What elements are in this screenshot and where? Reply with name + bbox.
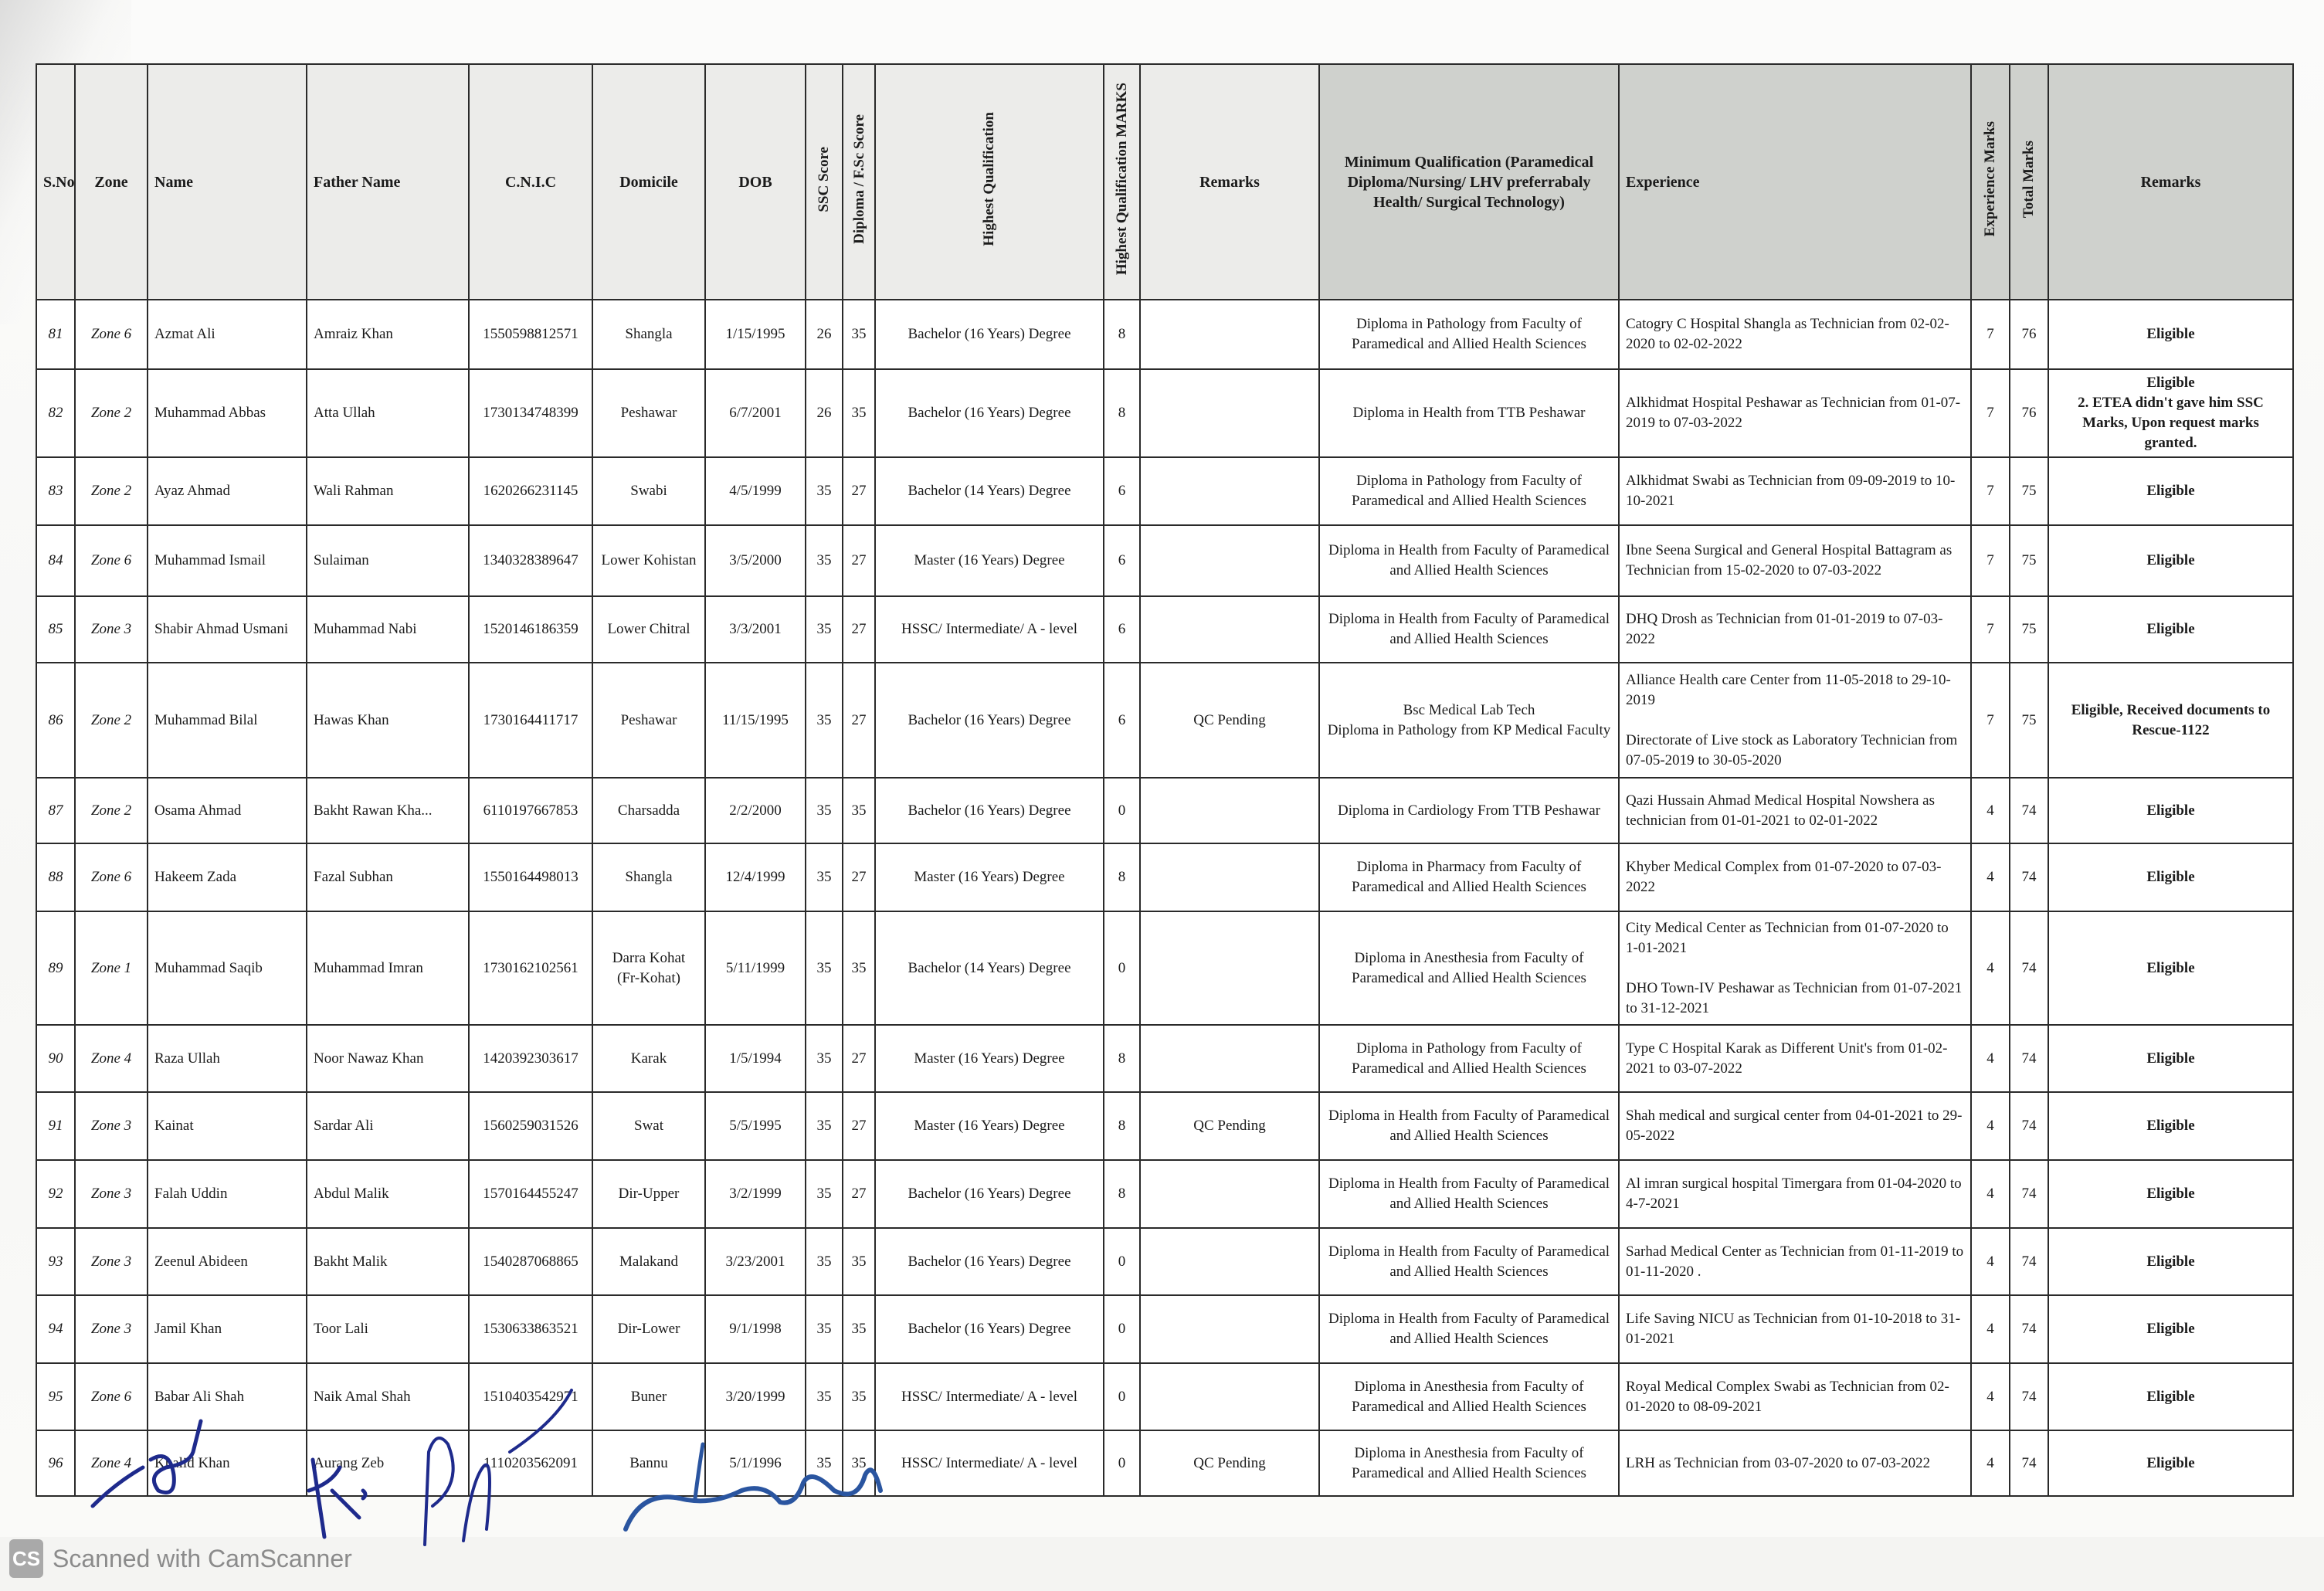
cell-dob: 5/5/1995 (705, 1092, 806, 1160)
cell-total-marks: 75 (2010, 596, 2048, 663)
cell-zone: Zone 3 (75, 1160, 148, 1228)
table-row: 83Zone 2Ayaz AhmadWali Rahman16202662311… (36, 457, 2293, 525)
cell-zone: Zone 4 (75, 1430, 148, 1496)
table-row: 81Zone 6Azmat AliAmraiz Khan155059881257… (36, 300, 2293, 369)
cell-cnic: 1730162102561 (469, 911, 592, 1025)
cell-diploma-score: 35 (843, 1295, 875, 1363)
cell-diploma-score: 35 (843, 1228, 875, 1295)
cell-hq-marks: 6 (1104, 596, 1140, 663)
cell-dob: 6/7/2001 (705, 369, 806, 457)
header-experience-marks: Experience Marks (1971, 64, 2010, 300)
cell-ssc-score: 35 (806, 596, 843, 663)
cell-highest-qualification: Bachelor (16 Years) Degree (875, 369, 1104, 457)
cell-final-remarks: Eligible (2048, 596, 2293, 663)
header-remarks: Remarks (1140, 64, 1319, 300)
cell-experience-marks: 4 (1971, 1228, 2010, 1295)
cell-experience-marks: 4 (1971, 1363, 2010, 1430)
cell-minimum-qualification: Diploma in Anesthesia from Faculty of Pa… (1319, 1363, 1619, 1430)
cell-highest-qualification: Master (16 Years) Degree (875, 525, 1104, 596)
cell-name: Muhammad Saqib (148, 911, 307, 1025)
cell-cnic: 1530633863521 (469, 1295, 592, 1363)
cell-name: Osama Ahmad (148, 778, 307, 843)
cell-sno: 89 (36, 911, 75, 1025)
camscanner-text: Scanned with CamScanner (53, 1545, 352, 1573)
cell-total-marks: 76 (2010, 300, 2048, 369)
cell-dob: 12/4/1999 (705, 843, 806, 911)
cell-cnic: 1620266231145 (469, 457, 592, 525)
cell-highest-qualification: Bachelor (16 Years) Degree (875, 778, 1104, 843)
cell-highest-qualification: Bachelor (16 Years) Degree (875, 300, 1104, 369)
cell-total-marks: 75 (2010, 525, 2048, 596)
table-row: 87Zone 2Osama AhmadBakht Rawan Kha...611… (36, 778, 2293, 843)
cell-ssc-score: 35 (806, 1025, 843, 1092)
cell-domicile: Dir-Lower (592, 1295, 705, 1363)
cell-experience-marks: 7 (1971, 369, 2010, 457)
cell-total-marks: 74 (2010, 1363, 2048, 1430)
cell-experience: City Medical Center as Technician from 0… (1619, 911, 1971, 1025)
cell-sno: 94 (36, 1295, 75, 1363)
header-ssc-score-label: SSC Score (814, 147, 834, 212)
cell-final-remarks: Eligible, Received documents to Rescue-1… (2048, 663, 2293, 778)
cell-experience-marks: 7 (1971, 457, 2010, 525)
header-name: Name (148, 64, 307, 300)
header-total-marks-label: Total Marks (2019, 141, 2039, 218)
cell-name: Azmat Ali (148, 300, 307, 369)
cell-domicile: Karak (592, 1025, 705, 1092)
cell-highest-qualification: Bachelor (16 Years) Degree (875, 1160, 1104, 1228)
cell-sno: 88 (36, 843, 75, 911)
cell-domicile: Peshawar (592, 663, 705, 778)
cell-dob: 5/11/1999 (705, 911, 806, 1025)
cell-highest-qualification: Master (16 Years) Degree (875, 1092, 1104, 1160)
header-experience: Experience (1619, 64, 1971, 300)
table-row: 89Zone 1Muhammad SaqibMuhammad Imran1730… (36, 911, 2293, 1025)
cell-hq-marks: 8 (1104, 843, 1140, 911)
cell-dob: 3/2/1999 (705, 1160, 806, 1228)
cell-hq-marks: 8 (1104, 1025, 1140, 1092)
cell-diploma-score: 35 (843, 1430, 875, 1496)
cell-remarks (1140, 911, 1319, 1025)
cell-cnic: 1730164411717 (469, 663, 592, 778)
cell-experience: Catogry C Hospital Shangla as Technician… (1619, 300, 1971, 369)
cell-highest-qualification: Master (16 Years) Degree (875, 1025, 1104, 1092)
cell-total-marks: 74 (2010, 911, 2048, 1025)
cell-diploma-score: 27 (843, 457, 875, 525)
cell-ssc-score: 35 (806, 778, 843, 843)
cell-experience: Shah medical and surgical center from 04… (1619, 1092, 1971, 1160)
cell-highest-qualification: Bachelor (14 Years) Degree (875, 911, 1104, 1025)
cell-experience: Life Saving NICU as Technician from 01-1… (1619, 1295, 1971, 1363)
cell-sno: 95 (36, 1363, 75, 1430)
cell-sno: 83 (36, 457, 75, 525)
cell-sno: 90 (36, 1025, 75, 1092)
cell-diploma-score: 27 (843, 1092, 875, 1160)
cell-experience-marks: 7 (1971, 596, 2010, 663)
cell-total-marks: 74 (2010, 778, 2048, 843)
cell-remarks (1140, 1295, 1319, 1363)
cell-ssc-score: 35 (806, 525, 843, 596)
cell-final-remarks: Eligible (2048, 525, 2293, 596)
cell-experience: Al imran surgical hospital Timergara fro… (1619, 1160, 1971, 1228)
cell-domicile: Lower Chitral (592, 596, 705, 663)
cell-cnic: 1520146186359 (469, 596, 592, 663)
cell-name: Muhammad Abbas (148, 369, 307, 457)
cell-experience-marks: 7 (1971, 300, 2010, 369)
cell-diploma-score: 27 (843, 1160, 875, 1228)
cell-ssc-score: 35 (806, 1430, 843, 1496)
cell-sno: 91 (36, 1092, 75, 1160)
header-total-marks: Total Marks (2010, 64, 2048, 300)
camscanner-logo-icon: CS (9, 1539, 43, 1578)
cell-domicile: Swat (592, 1092, 705, 1160)
cell-experience: Ibne Seena Surgical and General Hospital… (1619, 525, 1971, 596)
cell-total-marks: 74 (2010, 1295, 2048, 1363)
cell-minimum-qualification: Bsc Medical Lab Tech Diploma in Patholog… (1319, 663, 1619, 778)
cell-dob: 11/15/1995 (705, 663, 806, 778)
header-minimum-qualification: Minimum Qualification (Paramedical Diplo… (1319, 64, 1619, 300)
header-zone: Zone (75, 64, 148, 300)
cell-experience-marks: 4 (1971, 1430, 2010, 1496)
cell-dob: 3/5/2000 (705, 525, 806, 596)
cell-father-name: Noor Nawaz Khan (307, 1025, 469, 1092)
cell-diploma-score: 35 (843, 369, 875, 457)
cell-zone: Zone 2 (75, 457, 148, 525)
cell-ssc-score: 26 (806, 300, 843, 369)
header-hq-marks-label: Highest Qualification MARKS (1112, 83, 1132, 275)
cell-highest-qualification: Bachelor (16 Years) Degree (875, 663, 1104, 778)
cell-highest-qualification: HSSC/ Intermediate/ A - level (875, 1363, 1104, 1430)
header-sno: S.No (36, 64, 75, 300)
cell-minimum-qualification: Diploma in Health from Faculty of Parame… (1319, 525, 1619, 596)
cell-experience: Alkhidmat Swabi as Technician from 09-09… (1619, 457, 1971, 525)
cell-dob: 2/2/2000 (705, 778, 806, 843)
cell-minimum-qualification: Diploma in Health from Faculty of Parame… (1319, 1228, 1619, 1295)
cell-experience: Alkhidmat Hospital Peshawar as Technicia… (1619, 369, 1971, 457)
table-row: 84Zone 6Muhammad IsmailSulaiman134032838… (36, 525, 2293, 596)
cell-zone: Zone 1 (75, 911, 148, 1025)
cell-experience-marks: 4 (1971, 1160, 2010, 1228)
cell-sno: 84 (36, 525, 75, 596)
cell-final-remarks: Eligible (2048, 1363, 2293, 1430)
cell-name: Babar Ali Shah (148, 1363, 307, 1430)
cell-remarks (1140, 457, 1319, 525)
cell-sno: 96 (36, 1430, 75, 1496)
cell-name: Falah Uddin (148, 1160, 307, 1228)
cell-zone: Zone 2 (75, 778, 148, 843)
cell-minimum-qualification: Diploma in Health from Faculty of Parame… (1319, 1092, 1619, 1160)
cell-sno: 87 (36, 778, 75, 843)
cell-domicile: Shangla (592, 843, 705, 911)
cell-father-name: Fazal Subhan (307, 843, 469, 911)
cell-total-marks: 74 (2010, 1228, 2048, 1295)
cell-ssc-score: 35 (806, 1363, 843, 1430)
cell-cnic: 1510403542971 (469, 1363, 592, 1430)
cell-experience-marks: 4 (1971, 843, 2010, 911)
cell-ssc-score: 35 (806, 1092, 843, 1160)
cell-father-name: Amraiz Khan (307, 300, 469, 369)
table-row: 96Zone 4Khalid KhanAurang Zeb11102035620… (36, 1430, 2293, 1496)
header-highest-qualification-marks: Highest Qualification MARKS (1104, 64, 1140, 300)
header-highest-qualification: Highest Qualification (875, 64, 1104, 300)
cell-name: Kainat (148, 1092, 307, 1160)
cell-experience-marks: 7 (1971, 525, 2010, 596)
cell-sno: 82 (36, 369, 75, 457)
cell-father-name: Abdul Malik (307, 1160, 469, 1228)
cell-minimum-qualification: Diploma in Anesthesia from Faculty of Pa… (1319, 911, 1619, 1025)
cell-dob: 3/20/1999 (705, 1363, 806, 1430)
cell-sno: 92 (36, 1160, 75, 1228)
table-row: 91Zone 3KainatSardar Ali1560259031526Swa… (36, 1092, 2293, 1160)
cell-remarks (1140, 1363, 1319, 1430)
cell-cnic: 6110197667853 (469, 778, 592, 843)
cell-diploma-score: 35 (843, 1363, 875, 1430)
cell-domicile: Malakand (592, 1228, 705, 1295)
cell-domicile: Dir-Upper (592, 1160, 705, 1228)
header-highest-qualification-label: Highest Qualification (979, 112, 999, 246)
cell-final-remarks: Eligible (2048, 843, 2293, 911)
cell-remarks (1140, 1025, 1319, 1092)
cell-final-remarks: Eligible 2. ETEA didn't gave him SSC Mar… (2048, 369, 2293, 457)
table-row: 94Zone 3Jamil KhanToor Lali1530633863521… (36, 1295, 2293, 1363)
cell-ssc-score: 35 (806, 911, 843, 1025)
cell-name: Jamil Khan (148, 1295, 307, 1363)
cell-hq-marks: 8 (1104, 300, 1140, 369)
cell-cnic: 1730134748399 (469, 369, 592, 457)
cell-ssc-score: 35 (806, 1295, 843, 1363)
cell-remarks (1140, 300, 1319, 369)
header-ssc-score: SSC Score (806, 64, 843, 300)
cell-name: Raza Ullah (148, 1025, 307, 1092)
cell-father-name: Sardar Ali (307, 1092, 469, 1160)
cell-remarks: QC Pending (1140, 1430, 1319, 1496)
cell-final-remarks: Eligible (2048, 457, 2293, 525)
cell-hq-marks: 0 (1104, 1430, 1140, 1496)
cell-father-name: Atta Ullah (307, 369, 469, 457)
cell-hq-marks: 0 (1104, 1228, 1140, 1295)
cell-experience: Type C Hospital Karak as Different Unit'… (1619, 1025, 1971, 1092)
cell-total-marks: 74 (2010, 1092, 2048, 1160)
cell-ssc-score: 35 (806, 1160, 843, 1228)
cell-dob: 5/1/1996 (705, 1430, 806, 1496)
header-experience-marks-label: Experience Marks (1980, 121, 2000, 236)
camscanner-watermark: CS Scanned with CamScanner (9, 1537, 352, 1580)
cell-hq-marks: 0 (1104, 778, 1140, 843)
cell-minimum-qualification: Diploma in Pathology from Faculty of Par… (1319, 1025, 1619, 1092)
cell-cnic: 1340328389647 (469, 525, 592, 596)
cell-diploma-score: 27 (843, 663, 875, 778)
cell-domicile: Swabi (592, 457, 705, 525)
cell-final-remarks: Eligible (2048, 1430, 2293, 1496)
cell-domicile: Shangla (592, 300, 705, 369)
cell-hq-marks: 8 (1104, 1160, 1140, 1228)
cell-father-name: Muhammad Imran (307, 911, 469, 1025)
cell-diploma-score: 35 (843, 911, 875, 1025)
cell-final-remarks: Eligible (2048, 1092, 2293, 1160)
cell-name: Zeenul Abideen (148, 1228, 307, 1295)
cell-experience: Khyber Medical Complex from 01-07-2020 t… (1619, 843, 1971, 911)
cell-remarks (1140, 778, 1319, 843)
cell-diploma-score: 27 (843, 1025, 875, 1092)
header-diploma-fsc-score: Diploma / F.Sc Score (843, 64, 875, 300)
cell-minimum-qualification: Diploma in Anesthesia from Faculty of Pa… (1319, 1430, 1619, 1496)
cell-remarks (1140, 1160, 1319, 1228)
cell-father-name: Toor Lali (307, 1295, 469, 1363)
cell-diploma-score: 35 (843, 778, 875, 843)
cell-diploma-score: 27 (843, 596, 875, 663)
header-dob: DOB (705, 64, 806, 300)
cell-ssc-score: 35 (806, 457, 843, 525)
cell-highest-qualification: Bachelor (16 Years) Degree (875, 1295, 1104, 1363)
cell-zone: Zone 6 (75, 300, 148, 369)
cell-remarks (1140, 369, 1319, 457)
table-header-row: S.No Zone Name Father Name C.N.I.C Domic… (36, 64, 2293, 300)
cell-cnic: 1420392303617 (469, 1025, 592, 1092)
cell-total-marks: 74 (2010, 1430, 2048, 1496)
cell-father-name: Muhammad Nabi (307, 596, 469, 663)
cell-remarks: QC Pending (1140, 1092, 1319, 1160)
cell-cnic: 1540287068865 (469, 1228, 592, 1295)
table-row: 90Zone 4Raza UllahNoor Nawaz Khan1420392… (36, 1025, 2293, 1092)
cell-domicile: Charsadda (592, 778, 705, 843)
cell-diploma-score: 35 (843, 300, 875, 369)
cell-father-name: Wali Rahman (307, 457, 469, 525)
cell-hq-marks: 0 (1104, 1363, 1140, 1430)
cell-hq-marks: 6 (1104, 663, 1140, 778)
table-row: 93Zone 3Zeenul AbideenBakht Malik1540287… (36, 1228, 2293, 1295)
cell-experience-marks: 4 (1971, 1295, 2010, 1363)
cell-highest-qualification: HSSC/ Intermediate/ A - level (875, 596, 1104, 663)
table-row: 86Zone 2Muhammad BilalHawas Khan17301644… (36, 663, 2293, 778)
cell-domicile: Bannu (592, 1430, 705, 1496)
cell-zone: Zone 2 (75, 369, 148, 457)
cell-dob: 4/5/1999 (705, 457, 806, 525)
cell-cnic: 1560259031526 (469, 1092, 592, 1160)
cell-zone: Zone 3 (75, 1295, 148, 1363)
cell-sno: 86 (36, 663, 75, 778)
cell-experience-marks: 7 (1971, 663, 2010, 778)
cell-minimum-qualification: Diploma in Cardiology From TTB Peshawar (1319, 778, 1619, 843)
cell-total-marks: 75 (2010, 663, 2048, 778)
cell-name: Muhammad Bilal (148, 663, 307, 778)
cell-zone: Zone 6 (75, 1363, 148, 1430)
cell-ssc-score: 35 (806, 663, 843, 778)
cell-domicile: Darra Kohat (Fr-Kohat) (592, 911, 705, 1025)
cell-highest-qualification: Bachelor (14 Years) Degree (875, 457, 1104, 525)
cell-minimum-qualification: Diploma in Pathology from Faculty of Par… (1319, 457, 1619, 525)
table-row: 85Zone 3Shabir Ahmad UsmaniMuhammad Nabi… (36, 596, 2293, 663)
header-domicile: Domicile (592, 64, 705, 300)
cell-final-remarks: Eligible (2048, 1295, 2293, 1363)
cell-zone: Zone 6 (75, 843, 148, 911)
cell-hq-marks: 8 (1104, 1092, 1140, 1160)
cell-total-marks: 76 (2010, 369, 2048, 457)
cell-sno: 85 (36, 596, 75, 663)
cell-total-marks: 74 (2010, 1025, 2048, 1092)
cell-father-name: Hawas Khan (307, 663, 469, 778)
cell-ssc-score: 35 (806, 1228, 843, 1295)
table-row: 88Zone 6Hakeem ZadaFazal Subhan155016449… (36, 843, 2293, 911)
cell-name: Shabir Ahmad Usmani (148, 596, 307, 663)
cell-hq-marks: 8 (1104, 369, 1140, 457)
cell-final-remarks: Eligible (2048, 300, 2293, 369)
header-father-name: Father Name (307, 64, 469, 300)
cell-remarks: QC Pending (1140, 663, 1319, 778)
table-body: 81Zone 6Azmat AliAmraiz Khan155059881257… (36, 300, 2293, 1496)
cell-hq-marks: 6 (1104, 525, 1140, 596)
cell-remarks (1140, 596, 1319, 663)
cell-dob: 3/3/2001 (705, 596, 806, 663)
cell-domicile: Buner (592, 1363, 705, 1430)
scanned-sheet: S.No Zone Name Father Name C.N.I.C Domic… (0, 0, 2324, 1537)
cell-hq-marks: 6 (1104, 457, 1140, 525)
cell-zone: Zone 3 (75, 1228, 148, 1295)
cell-name: Khalid Khan (148, 1430, 307, 1496)
cell-minimum-qualification: Diploma in Health from Faculty of Parame… (1319, 1295, 1619, 1363)
table-row: 82Zone 2Muhammad AbbasAtta Ullah17301347… (36, 369, 2293, 457)
cell-cnic: 1110203562091 (469, 1430, 592, 1496)
cell-zone: Zone 6 (75, 525, 148, 596)
cell-dob: 1/15/1995 (705, 300, 806, 369)
cell-minimum-qualification: Diploma in Pathology from Faculty of Par… (1319, 300, 1619, 369)
cell-father-name: Aurang Zeb (307, 1430, 469, 1496)
cell-father-name: Sulaiman (307, 525, 469, 596)
cell-name: Ayaz Ahmad (148, 457, 307, 525)
cell-dob: 1/5/1994 (705, 1025, 806, 1092)
cell-father-name: Bakht Rawan Kha... (307, 778, 469, 843)
cell-father-name: Naik Amal Shah (307, 1363, 469, 1430)
cell-minimum-qualification: Diploma in Pharmacy from Faculty of Para… (1319, 843, 1619, 911)
table-row: 92Zone 3Falah UddinAbdul Malik1570164455… (36, 1160, 2293, 1228)
cell-final-remarks: Eligible (2048, 778, 2293, 843)
cell-experience: DHQ Drosh as Technician from 01-01-2019 … (1619, 596, 1971, 663)
header-final-remarks: Remarks (2048, 64, 2293, 300)
cell-domicile: Lower Kohistan (592, 525, 705, 596)
cell-dob: 9/1/1998 (705, 1295, 806, 1363)
cell-total-marks: 74 (2010, 843, 2048, 911)
cell-experience-marks: 4 (1971, 1025, 2010, 1092)
cell-minimum-qualification: Diploma in Health from Faculty of Parame… (1319, 596, 1619, 663)
cell-cnic: 1570164455247 (469, 1160, 592, 1228)
cell-total-marks: 74 (2010, 1160, 2048, 1228)
cell-zone: Zone 4 (75, 1025, 148, 1092)
cell-highest-qualification: Master (16 Years) Degree (875, 843, 1104, 911)
cell-experience-marks: 4 (1971, 911, 2010, 1025)
cell-total-marks: 75 (2010, 457, 2048, 525)
header-cnic: C.N.I.C (469, 64, 592, 300)
cell-final-remarks: Eligible (2048, 1160, 2293, 1228)
cell-highest-qualification: Bachelor (16 Years) Degree (875, 1228, 1104, 1295)
cell-zone: Zone 3 (75, 596, 148, 663)
cell-experience: Qazi Hussain Ahmad Medical Hospital Nows… (1619, 778, 1971, 843)
cell-highest-qualification: HSSC/ Intermediate/ A - level (875, 1430, 1104, 1496)
cell-experience: LRH as Technician from 03-07-2020 to 07-… (1619, 1430, 1971, 1496)
cell-hq-marks: 0 (1104, 1295, 1140, 1363)
table-row: 95Zone 6Babar Ali ShahNaik Amal Shah1510… (36, 1363, 2293, 1430)
cell-experience: Sarhad Medical Center as Technician from… (1619, 1228, 1971, 1295)
cell-remarks (1140, 525, 1319, 596)
cell-ssc-score: 35 (806, 843, 843, 911)
cell-final-remarks: Eligible (2048, 1228, 2293, 1295)
merit-list-table: S.No Zone Name Father Name C.N.I.C Domic… (36, 63, 2294, 1497)
cell-experience-marks: 4 (1971, 778, 2010, 843)
cell-remarks (1140, 1228, 1319, 1295)
cell-experience-marks: 4 (1971, 1092, 2010, 1160)
cell-name: Muhammad Ismail (148, 525, 307, 596)
cell-final-remarks: Eligible (2048, 1025, 2293, 1092)
cell-name: Hakeem Zada (148, 843, 307, 911)
cell-zone: Zone 2 (75, 663, 148, 778)
cell-final-remarks: Eligible (2048, 911, 2293, 1025)
